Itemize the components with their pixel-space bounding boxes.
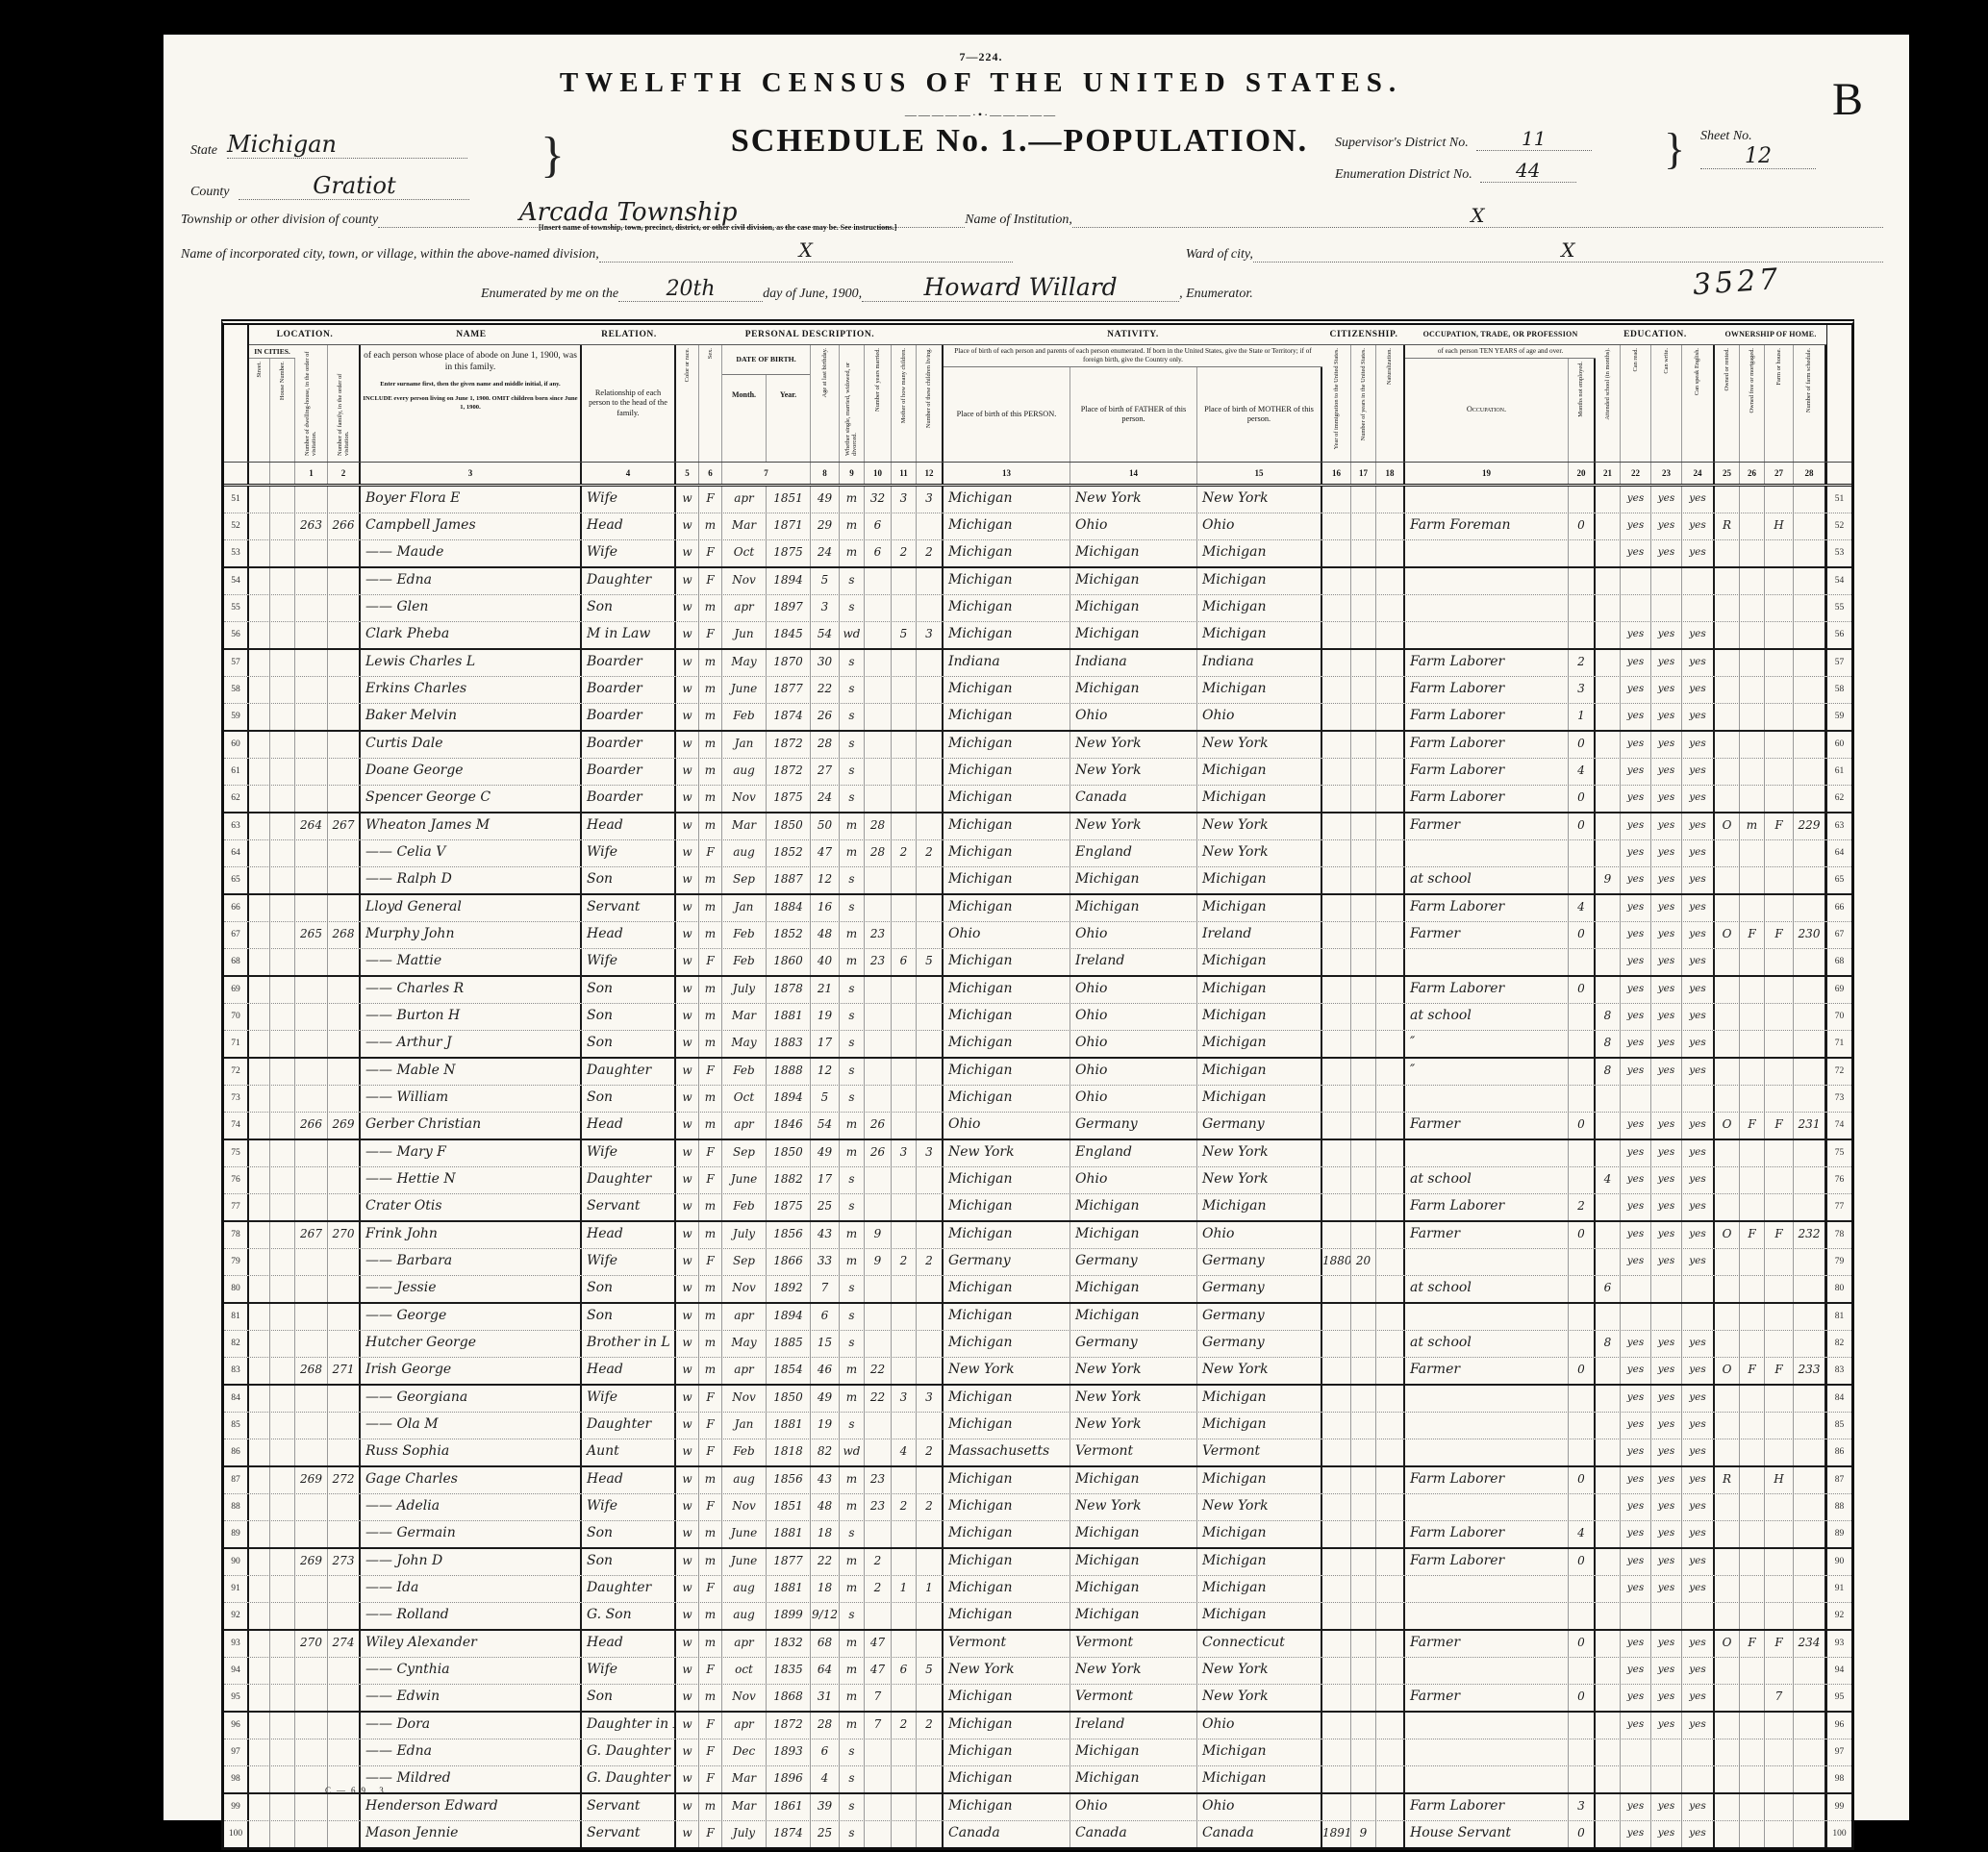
cell-farm_no [1794,1413,1826,1439]
cell-dwelling [295,1766,328,1792]
cell-free_mort [1740,840,1765,866]
line-number-left: 66 [224,895,249,921]
cell-year: 1868 [767,1685,811,1711]
cell-occupation [1405,595,1569,621]
cell-write: yes [1651,1331,1682,1357]
cell-free_mort [1740,540,1765,566]
cell-owned: R [1715,513,1740,539]
supervisor-district-label: Supervisor's District No. [1335,136,1469,151]
cell-owned [1715,1194,1740,1220]
cell-nat [1376,1167,1405,1193]
cell-mother_of: 6 [892,949,917,975]
line-number-right: 71 [1826,1031,1851,1057]
cell-imm_year [1322,487,1351,513]
line-number-right: 55 [1826,595,1851,621]
cell-write: yes [1651,704,1682,730]
cell-children_living [917,895,944,921]
group-body-occupation: of each person TEN YEARS of age and over… [1405,345,1596,462]
cell-house [270,1494,295,1520]
cell-marital: s [840,759,865,785]
line-number-left: 80 [224,1276,249,1302]
table-row: 55—— GlenSonwmapr18973sMichiganMichiganM… [224,595,1851,622]
cell-school [1596,1603,1621,1629]
cell-color: w [676,568,699,594]
column-number-imm_year: 16 [1322,463,1351,484]
cell-owned: O [1715,1222,1740,1248]
column-number-months_unemployed: 20 [1569,463,1596,484]
cell-yrs_us [1351,487,1376,513]
table-row: 79—— BarbaraWifewFSep186633m922GermanyGe… [224,1249,1851,1276]
cell-imm_year [1322,1494,1351,1520]
cell-pob_father: Michigan [1070,540,1197,566]
cell-owned [1715,622,1740,648]
cell-occupation: Farm Laborer [1405,732,1569,758]
group-title-name: NAME [361,325,582,345]
cell-read [1621,1086,1651,1112]
cell-farm_house [1765,786,1794,812]
cell-imm_year [1322,1140,1351,1166]
line-number-right: 89 [1826,1521,1851,1547]
cell-name: —— John D [361,1549,582,1575]
cell-color: w [676,1658,699,1684]
cell-imm_year [1322,1685,1351,1711]
cell-read: yes [1621,540,1651,566]
cell-write: yes [1651,1222,1682,1248]
table-row: 98—— MildredG. DaughterwFMar18964sMichig… [224,1766,1851,1794]
cell-marital: s [840,1059,865,1085]
cell-owned [1715,1386,1740,1412]
line-number-right: 84 [1826,1386,1851,1412]
cell-color: w [676,1794,699,1820]
cell-write: yes [1651,1113,1682,1139]
column-header-read: Can read. [1621,345,1651,462]
cell-months_unemployed [1569,949,1596,975]
cell-months_unemployed [1569,840,1596,866]
cell-color: w [676,1766,699,1792]
cell-pob: New York [944,1658,1070,1684]
cell-read: yes [1621,513,1651,539]
cell-pob_mother: Michigan [1197,1549,1322,1575]
cell-months_unemployed: 0 [1569,922,1596,948]
table-row: 90269273—— John DSonwmJune187722m2Michig… [224,1549,1851,1576]
cell-nat [1376,1549,1405,1575]
cell-english: yes [1682,1386,1715,1412]
in-cities-title: IN CITIES. [249,345,295,359]
cell-age: 24 [811,540,840,566]
cell-age: 18 [811,1576,840,1602]
cell-month: Dec [722,1739,767,1765]
cell-name: —— Cynthia [361,1658,582,1684]
cell-pob_mother: Ohio [1197,1794,1322,1820]
cell-color: w [676,487,699,513]
cell-pob_mother: New York [1197,813,1322,839]
cell-farm_house [1765,1713,1794,1739]
cell-marital: s [840,1331,865,1357]
cell-free_mort [1740,622,1765,648]
column-number-family: 2 [328,463,361,484]
table-row: 93270274Wiley AlexanderHeadwmapr183268m4… [224,1631,1851,1658]
cell-owned [1715,1086,1740,1112]
cell-months_unemployed [1569,1766,1596,1792]
column-label-farm_no: Number of farm schedule. [1805,348,1812,413]
enumerated-day: 20th [618,277,763,302]
cell-nat [1376,1603,1405,1629]
cell-age: 22 [811,1549,840,1575]
cell-name: Russ Sophia [361,1439,582,1465]
cell-children_living [917,1603,944,1629]
cell-farm_house [1765,1331,1794,1357]
table-row: 78267270Frink JohnHeadwmJuly185643m9Mich… [224,1222,1851,1249]
cell-yrs_us [1351,650,1376,676]
cell-read [1621,568,1651,594]
cell-yrs_married: 22 [865,1358,892,1384]
cell-yrs_us [1351,1331,1376,1357]
column-header-months_unemployed: Months not employed. [1569,359,1596,462]
table-row: 94—— CynthiaWifewFoct183564m4765New York… [224,1658,1851,1685]
cell-pob: Canada [944,1821,1070,1847]
cell-months_unemployed: 4 [1569,1521,1596,1547]
cell-name: Doane George [361,759,582,785]
cell-school [1596,1821,1621,1847]
cell-name: —— Burton H [361,1004,582,1030]
cell-yrs_us [1351,1603,1376,1629]
cell-year: 1894 [767,568,811,594]
column-number-school: 21 [1596,463,1621,484]
cell-free_mort [1740,1521,1765,1547]
line-number-right: 61 [1826,759,1851,785]
cell-school [1596,1194,1621,1220]
sheet-block: Sheet No. 12 [1700,129,1816,169]
cell-marital: s [840,1766,865,1792]
cell-months_unemployed [1569,1031,1596,1057]
cell-pob_father: Michigan [1070,895,1197,921]
cell-farm_no [1794,1576,1826,1602]
cell-mother_of [892,922,917,948]
cell-nat [1376,1386,1405,1412]
line-number-left: 72 [224,1059,249,1085]
cell-pob_mother: Michigan [1197,1086,1322,1112]
cell-free_mort [1740,1331,1765,1357]
cell-house [270,1140,295,1166]
cell-marital: m [840,1576,865,1602]
cell-yrs_us [1351,1739,1376,1765]
cell-school [1596,840,1621,866]
census-page: 7—224. TWELFTH CENSUS OF THE UNITED STAT… [164,35,1909,1820]
cell-nat [1376,922,1405,948]
cell-month: apr [722,1113,767,1139]
cell-write: yes [1651,1386,1682,1412]
cell-school [1596,1249,1621,1275]
cell-dwelling [295,1821,328,1847]
cell-yrs_us [1351,840,1376,866]
cell-sex: F [699,1766,722,1792]
cell-imm_year [1322,1358,1351,1384]
cell-pob_father: Ohio [1070,1059,1197,1085]
cell-imm_year [1322,1194,1351,1220]
cell-pob_father: Ireland [1070,1713,1197,1739]
cell-write: yes [1651,977,1682,1003]
cell-english: yes [1682,1658,1715,1684]
cell-house [270,1086,295,1112]
cell-imm_year [1322,867,1351,893]
cell-children_living [917,1521,944,1547]
cell-children_living [917,813,944,839]
cell-occupation: Farm Laborer [1405,1794,1569,1820]
cell-occupation [1405,840,1569,866]
line-number-right: 63 [1826,813,1851,839]
cell-dwelling [295,1386,328,1412]
cell-children_living [917,732,944,758]
cell-occupation [1405,1603,1569,1629]
cell-sex: m [699,895,722,921]
cell-age: 48 [811,922,840,948]
cell-month: Oct [722,1086,767,1112]
cell-name: Boyer Flora E [361,487,582,513]
cell-children_living [917,1467,944,1493]
cell-color: w [676,540,699,566]
cell-owned [1715,867,1740,893]
cell-year: 1885 [767,1331,811,1357]
cell-year: 1897 [767,595,811,621]
cell-pob_father: Michigan [1070,1766,1197,1792]
cell-school [1596,1113,1621,1139]
cell-age: 12 [811,867,840,893]
line-number-left: 67 [224,922,249,948]
occupation-cols: Occupation.Months not employed. [1405,359,1596,462]
cell-year: 1850 [767,813,811,839]
cell-school [1596,759,1621,785]
table-row: 88—— AdeliaWifewFNov185148m2322MichiganN… [224,1494,1851,1521]
cell-english: yes [1682,1194,1715,1220]
cell-owned [1715,595,1740,621]
cell-nat [1376,1821,1405,1847]
cell-relation: Head [582,922,676,948]
cell-age: 19 [811,1413,840,1439]
line-number-blank-right [1826,463,1851,484]
cell-age: 17 [811,1031,840,1057]
cell-owned [1715,1031,1740,1057]
cell-occupation [1405,622,1569,648]
cell-months_unemployed [1569,1276,1596,1302]
cell-imm_year [1322,1521,1351,1547]
table-row: 71—— Arthur JSonwmMay188317sMichiganOhio… [224,1031,1851,1059]
cell-children_living [917,1766,944,1792]
cell-pob_father: Vermont [1070,1685,1197,1711]
cell-pob_mother: Michigan [1197,677,1322,703]
cell-owned: O [1715,922,1740,948]
cell-farm_no [1794,840,1826,866]
cell-pob_father: England [1070,840,1197,866]
cell-family [328,1521,361,1547]
cell-yrs_us [1351,622,1376,648]
cell-write: yes [1651,895,1682,921]
column-number-owned: 25 [1715,463,1740,484]
line-number-right: 76 [1826,1167,1851,1193]
cell-yrs_us [1351,677,1376,703]
cell-english: yes [1682,1794,1715,1820]
cell-yrs_married [865,1603,892,1629]
cell-house [270,704,295,730]
cell-imm_year [1322,650,1351,676]
table-row: 75—— Mary FWifewFSep185049m2633New YorkE… [224,1140,1851,1167]
cell-month: Nov [722,1386,767,1412]
cell-age: 6 [811,1304,840,1330]
table-row: 68—— MattieWifewFFeb186040m2365MichiganI… [224,949,1851,977]
cell-owned: O [1715,1631,1740,1657]
line-number-right: 83 [1826,1358,1851,1384]
cell-pob: Michigan [944,1739,1070,1765]
cell-children_living [917,1304,944,1330]
cell-yrs_us [1351,1494,1376,1520]
table-row: 89—— GermainSonwmJune188118sMichiganMich… [224,1521,1851,1549]
cell-occupation: Farm Laborer [1405,1467,1569,1493]
cell-pob: Michigan [944,513,1070,539]
cell-sex: F [699,1249,722,1275]
cell-relation: Wife [582,540,676,566]
cell-yrs_married [865,1059,892,1085]
cell-read: yes [1621,1658,1651,1684]
table-row: 91—— IdaDaughterwFaug188118m211MichiganM… [224,1576,1851,1603]
cell-english [1682,1276,1715,1302]
cell-nat [1376,1713,1405,1739]
cell-month: aug [722,1576,767,1602]
cell-family [328,1821,361,1847]
cell-month: Oct [722,540,767,566]
cell-yrs_married: 32 [865,487,892,513]
cell-owned [1715,540,1740,566]
cell-write: yes [1651,650,1682,676]
line-number-right: 74 [1826,1113,1851,1139]
cell-mother_of: 1 [892,1576,917,1602]
cell-english: yes [1682,1467,1715,1493]
cell-pob: Michigan [944,1004,1070,1030]
cell-months_unemployed [1569,1386,1596,1412]
cell-months_unemployed [1569,1576,1596,1602]
cell-pob: Michigan [944,1031,1070,1057]
cell-age: 29 [811,513,840,539]
cell-month: Feb [722,704,767,730]
cell-house [270,1766,295,1792]
cell-yrs_us [1351,1794,1376,1820]
cell-house [270,1685,295,1711]
line-number-left: 59 [224,704,249,730]
cell-free_mort [1740,704,1765,730]
cell-school [1596,922,1621,948]
cell-pob: Michigan [944,595,1070,621]
cell-marital: m [840,1113,865,1139]
cell-month: Jan [722,1413,767,1439]
cell-pob: Michigan [944,1386,1070,1412]
cell-name: —— William [361,1086,582,1112]
cell-year: 1856 [767,1467,811,1493]
cell-months_unemployed [1569,487,1596,513]
group-title-location: LOCATION. [249,325,361,345]
cell-pob: Michigan [944,487,1070,513]
district-block: Supervisor's District No. 11 Enumeration… [1335,127,1739,190]
cell-name: Gerber Christian [361,1113,582,1139]
line-number-right: 69 [1826,977,1851,1003]
cell-owned [1715,1439,1740,1465]
cell-sex: m [699,1549,722,1575]
cell-english: yes [1682,840,1715,866]
cell-street [249,1386,270,1412]
line-number-right: 80 [1826,1276,1851,1302]
column-label-farm_house: Farm or house. [1775,348,1782,386]
cell-marital: m [840,1494,865,1520]
line-number-right: 85 [1826,1413,1851,1439]
cell-occupation: Farm Laborer [1405,786,1569,812]
cell-nat [1376,1658,1405,1684]
cell-street [249,1304,270,1330]
cell-english: yes [1682,949,1715,975]
cell-owned [1715,1658,1740,1684]
township-line: Township or other division of county Arc… [181,198,1883,228]
cell-month: aug [722,1467,767,1493]
table-row: 82Hutcher GeorgeBrother in LwmMay188515s… [224,1331,1851,1358]
cell-family [328,977,361,1003]
cell-write [1651,1276,1682,1302]
cell-sex: m [699,513,722,539]
cell-dwelling [295,487,328,513]
line-number-right: 60 [1826,732,1851,758]
cell-pob_father: Michigan [1070,622,1197,648]
cell-pob_father: England [1070,1140,1197,1166]
line-number-left: 86 [224,1439,249,1465]
cell-yrs_us: 9 [1351,1821,1376,1847]
cell-pob_father: Ohio [1070,1167,1197,1193]
column-label-pob_mother: Place of birth of MOTHER of this person. [1199,405,1319,425]
cell-yrs_married: 9 [865,1222,892,1248]
cell-nat [1376,1113,1405,1139]
cell-sex: F [699,1576,722,1602]
cell-write: yes [1651,1521,1682,1547]
cell-year: 1875 [767,540,811,566]
cell-street [249,840,270,866]
cell-farm_house [1765,595,1794,621]
cell-relation: Boarder [582,759,676,785]
cell-house [270,1031,295,1057]
name-instruction-2: INCLUDE every person living on June 1, 1… [363,395,578,412]
cell-pob: Michigan [944,704,1070,730]
cell-age: 18 [811,1521,840,1547]
cell-sex: F [699,1821,722,1847]
cell-dwelling [295,1521,328,1547]
line-number-left: 85 [224,1413,249,1439]
cell-read: yes [1621,704,1651,730]
cell-write [1651,1304,1682,1330]
cell-marital: m [840,1549,865,1575]
cell-free_mort [1740,1031,1765,1057]
cell-age: 6 [811,1739,840,1765]
column-header-pob_father: Place of birth of FATHER of this person. [1070,367,1197,462]
schedule-title: SCHEDULE No. 1.—POPULATION. [587,123,1452,160]
cell-months_unemployed [1569,1739,1596,1765]
cell-dwelling [295,1031,328,1057]
cell-farm_no [1794,1494,1826,1520]
line-number-right: 52 [1826,513,1851,539]
cell-mother_of [892,867,917,893]
cell-pob: Michigan [944,1194,1070,1220]
cell-occupation [1405,1658,1569,1684]
cell-owned [1715,786,1740,812]
cell-write: yes [1651,840,1682,866]
table-row: 59Baker MelvinBoarderwmFeb187426sMichiga… [224,704,1851,732]
cell-street [249,1658,270,1684]
cell-write: yes [1651,1685,1682,1711]
cell-sex: m [699,1194,722,1220]
cell-pob: Michigan [944,1413,1070,1439]
cell-farm_no [1794,513,1826,539]
